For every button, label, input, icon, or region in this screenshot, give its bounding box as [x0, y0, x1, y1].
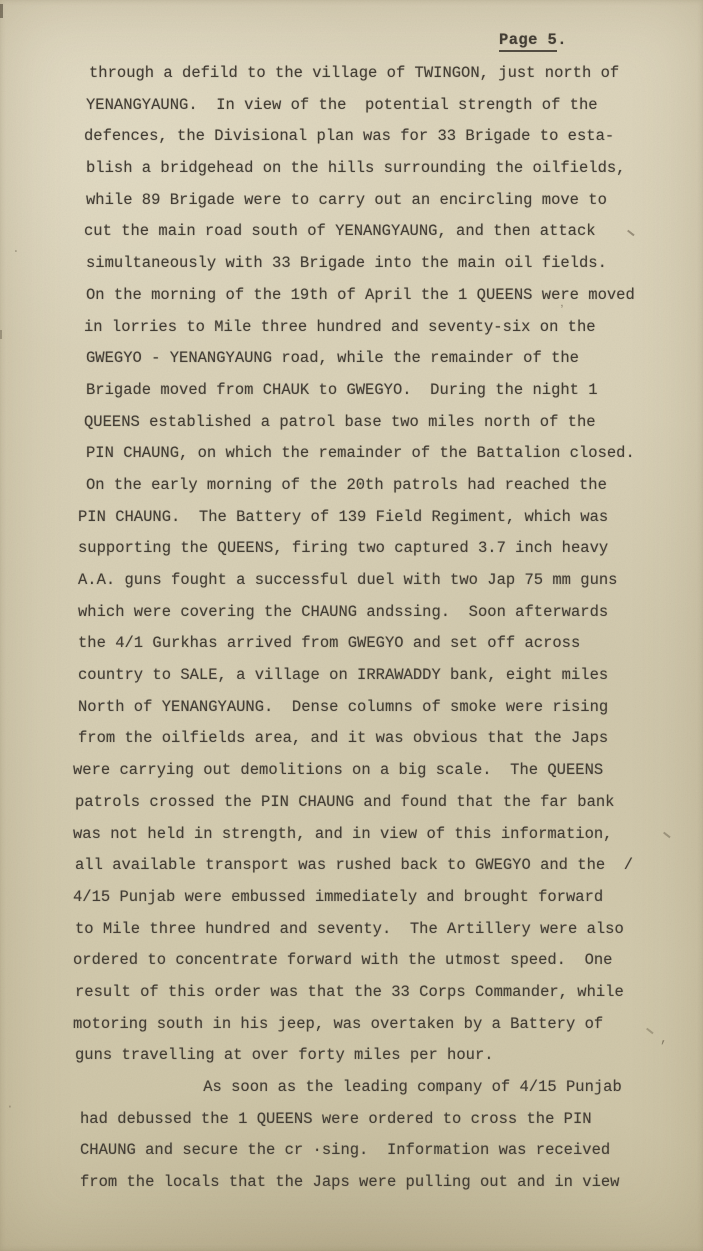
typed-line: YENANGYAUNG. In view of the potential st…: [86, 90, 686, 122]
typed-line: CHAUNG and secure the cr ·sing. Informat…: [80, 1135, 680, 1167]
typed-line: had debussed the 1 QUEENS were ordered t…: [80, 1104, 680, 1136]
typed-line: from the oilfields area, and it was obvi…: [78, 723, 678, 755]
typed-line: in lorries to Mile three hundred and sev…: [84, 312, 684, 344]
document-page: Page 5. through a defild to the village …: [0, 0, 703, 1251]
typed-line: country to SALE, a village on IRRAWADDY …: [78, 660, 678, 692]
typed-line: PIN CHAUNG. The Battery of 139 Field Reg…: [78, 502, 678, 534]
typed-line: through a defild to the village of TWING…: [89, 58, 689, 90]
typed-line: patrols crossed the PIN CHAUNG and found…: [75, 787, 675, 819]
typed-line: cut the main road south of YENANGYAUNG, …: [84, 216, 684, 248]
typed-line: while 89 Brigade were to carry out an en…: [86, 185, 686, 217]
typed-line: from the locals that the Japs were pulli…: [80, 1167, 680, 1199]
typed-line: On the morning of the 19th of April the …: [86, 280, 686, 312]
typed-line: On the early morning of the 20th patrols…: [86, 470, 686, 502]
typed-line: guns travelling at over forty miles per …: [75, 1040, 675, 1072]
typed-line: the 4/1 Gurkhas arrived from GWEGYO and …: [78, 628, 678, 660]
typed-line: motoring south in his jeep, was overtake…: [73, 1009, 673, 1041]
typed-line: defences, the Divisional plan was for 33…: [84, 121, 684, 153]
typed-line: Brigade moved from CHAUK to GWEGYO. Duri…: [86, 375, 686, 407]
typed-line: PIN CHAUNG, on which the remainder of th…: [86, 438, 686, 470]
page-number: Page 5.: [499, 31, 567, 49]
typed-line: which were covering the CHAUNG andssing.…: [78, 597, 678, 629]
typed-line: result of this order was that the 33 Cor…: [75, 977, 675, 1009]
typed-line: As soon as the leading company of 4/15 P…: [73, 1072, 673, 1104]
typed-line: simultaneously with 33 Brigade into the …: [86, 248, 686, 280]
typed-line: 4/15 Punjab were embussed immediately an…: [73, 882, 673, 914]
paper-speck: [0, 4, 3, 18]
typed-line: ordered to concentrate forward with the …: [73, 945, 673, 977]
typed-line: QUEENS established a patrol base two mil…: [84, 407, 684, 439]
typed-line: supporting the QUEENS, firing two captur…: [78, 533, 678, 565]
typed-line: all available transport was rushed back …: [75, 850, 675, 882]
page-number-period: .: [557, 31, 567, 49]
typed-text-block: through a defild to the village of TWING…: [84, 58, 684, 1199]
page-number-text: Page 5: [499, 31, 557, 52]
typed-line: were carrying out demolitions on a big s…: [73, 755, 673, 787]
paper-speck: .: [12, 242, 20, 255]
paper-speck: ·: [6, 1100, 14, 1113]
typed-line: North of YENANGYAUNG. Dense columns of s…: [78, 692, 678, 724]
typed-line: to Mile three hundred and seventy. The A…: [75, 914, 675, 946]
typed-line: blish a bridgehead on the hills surround…: [86, 153, 686, 185]
typed-line: was not held in strength, and in view of…: [73, 819, 673, 851]
typed-line: A.A. guns fought a successful duel with …: [78, 565, 678, 597]
typed-line: GWEGYO - YENANGYAUNG road, while the rem…: [86, 343, 686, 375]
paper-speck: [0, 330, 2, 339]
